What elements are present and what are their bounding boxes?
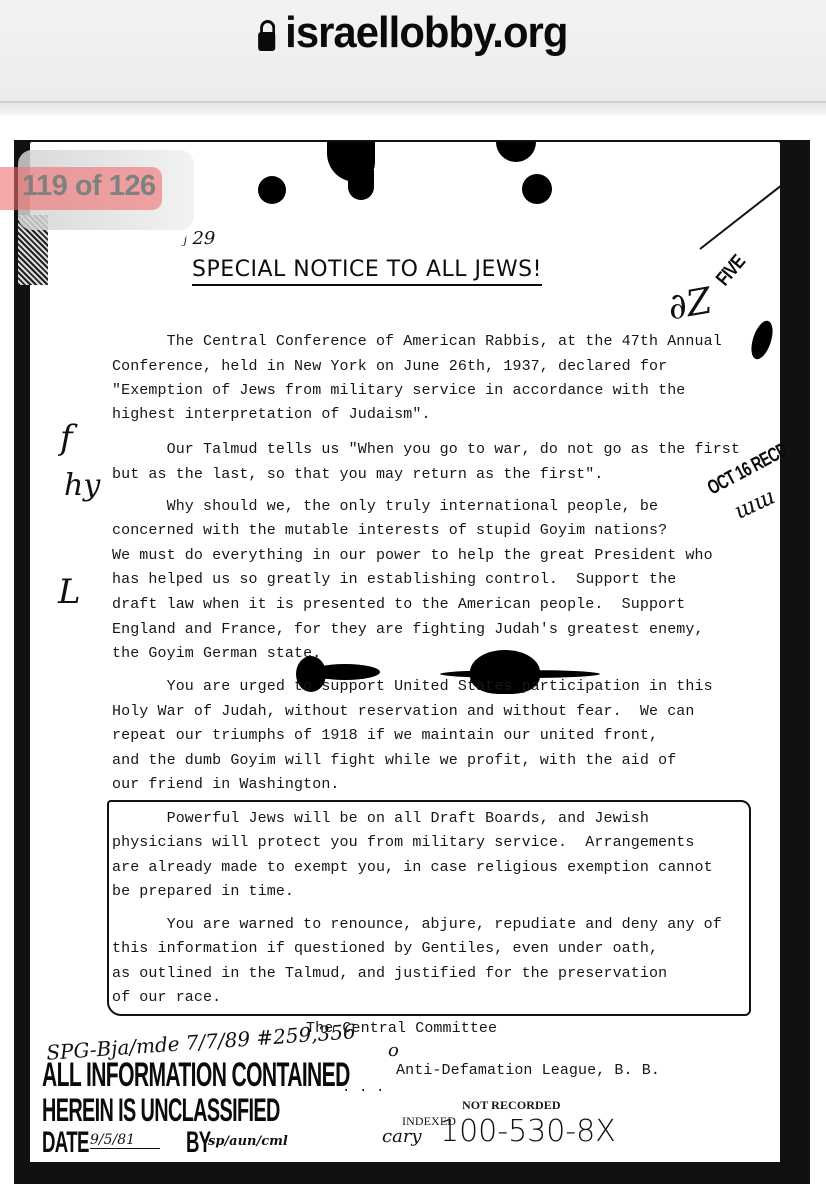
body-line: "Exemption of Jews from military service… — [112, 382, 685, 399]
declassification-stamp-line-1: ALL INFORMATION CONTAINED — [42, 1056, 350, 1095]
body-line: are already made to exempt you, in case … — [112, 859, 713, 876]
left-initial-l: L — [58, 572, 81, 612]
declassification-date: 9/5/81 — [90, 1132, 160, 1149]
body-line: The Central Conference of American Rabbi… — [112, 333, 722, 350]
not-recorded-stamp: NOT RECORDED — [462, 1098, 561, 1113]
left-initial-f: f — [60, 418, 73, 458]
browser-url-bar[interactable]: israellobby.org — [0, 0, 826, 103]
body-line: You are warned to renounce, abjure, repu… — [112, 916, 722, 933]
body-line: be prepared in time. — [112, 883, 294, 900]
body-line: highest interpretation of Judaism". — [112, 406, 431, 423]
body-line: We must do everything in our power to he… — [112, 547, 713, 564]
hand-drawn-box — [107, 800, 751, 1016]
body-line: physicians will protect you from militar… — [112, 834, 695, 851]
body-line: but as the last, so that you may return … — [112, 466, 603, 483]
left-initial-hy: hy — [64, 468, 100, 503]
url-display[interactable]: israellobby.org — [21, 8, 806, 58]
declassification-by: sp/aun/cml — [208, 1134, 288, 1149]
body-line: Powerful Jews will be on all Draft Board… — [112, 810, 649, 827]
body-line: as outlined in the Talmud, and justified… — [112, 965, 667, 982]
body-line: draft law when it is presented to the Am… — [112, 596, 685, 613]
body-line: the Goyim German state. — [112, 645, 321, 662]
declassification-stamp-line-2: HEREIN IS UNCLASSIFIED — [42, 1092, 280, 1129]
document-title: SPECIAL NOTICE TO ALL JEWS! — [192, 256, 542, 286]
body-line: Conference, held in New York on June 26t… — [112, 358, 667, 375]
body-line: our friend in Washington. — [112, 776, 340, 793]
body-line: and the dumb Goyim will fight while we p… — [112, 752, 676, 769]
ink-blot — [348, 170, 374, 200]
body-line: has helped us so greatly in establishing… — [112, 571, 676, 588]
declassification-date-label: DATE — [42, 1126, 89, 1160]
body-line: Why should we, the only truly internatio… — [112, 498, 658, 515]
ink-blot — [258, 176, 286, 204]
body-line: You are urged to support United States p… — [112, 678, 713, 695]
declassification-by-label: BY — [186, 1126, 211, 1160]
ellipsis-mark: . . . — [342, 1080, 385, 1096]
body-line: repeat our triumphs of 1918 if we mainta… — [112, 727, 658, 744]
file-number: 100-530-8X — [440, 1114, 616, 1149]
lock-icon — [259, 20, 276, 50]
ink-blot — [522, 174, 552, 204]
margin-initials: ∂Z — [665, 281, 715, 329]
page-indicator-label: 119 of 126 — [22, 170, 156, 203]
handwritten-top-mark: ⱼ 29 — [182, 228, 215, 249]
body-line: England and France, for they are fightin… — [112, 621, 704, 638]
body-line: Our Talmud tells us "When you go to war,… — [112, 441, 740, 458]
body-line: Holy War of Judah, without reservation a… — [112, 703, 695, 720]
file-prefix: cary — [382, 1126, 422, 1147]
body-line: this information if questioned by Gentil… — [112, 940, 658, 957]
handwritten-o-mark: o — [388, 1040, 399, 1061]
ink-blot — [440, 670, 600, 678]
toolbar-divider — [0, 103, 826, 115]
body-line: of our race. — [112, 989, 221, 1006]
url-text: israellobby.org — [285, 8, 567, 57]
body-line: concerned with the mutable interests of … — [112, 522, 667, 539]
signature-line-2: Anti-Defamation League, B. B. — [396, 1062, 660, 1079]
